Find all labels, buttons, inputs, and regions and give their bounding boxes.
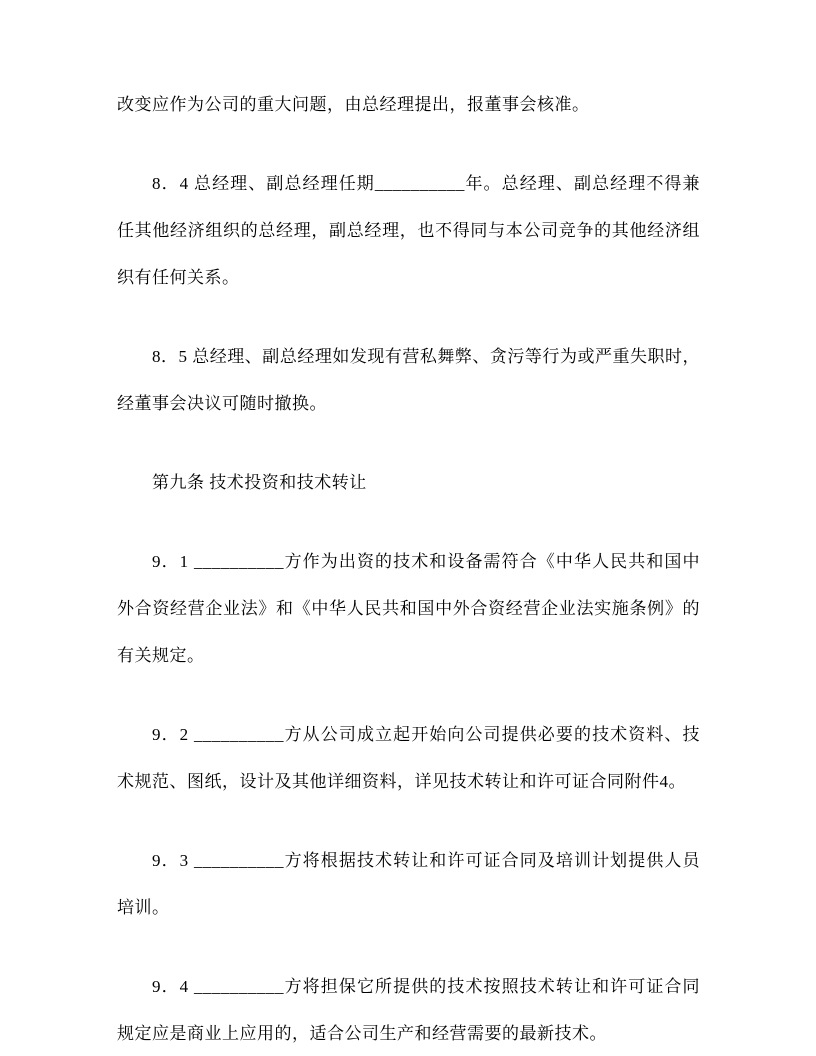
article-9-heading: 第九条 技术投资和技术转让 bbox=[117, 459, 700, 506]
paragraph-clause-8-3-continuation: 改变应作为公司的重大问题，由总经理提出，报董事会核准。 bbox=[117, 81, 700, 128]
paragraph-clause-9-4: 9．4 __________方将担保它所提供的技术按照技术转让和许可证合同规定应… bbox=[117, 963, 700, 1056]
paragraph-clause-8-5: 8．5 总经理、副总经理如发现有营私舞弊、贪污等行为或严重失职时，经董事会决议可… bbox=[117, 333, 700, 427]
document-page: 改变应作为公司的重大问题，由总经理提出，报董事会核准。 8．4 总经理、副总经理… bbox=[0, 0, 816, 1056]
paragraph-clause-9-2: 9．2 __________方从公司成立起开始向公司提供必要的技术资料、技术规范… bbox=[117, 711, 700, 805]
paragraph-clause-9-3: 9．3 __________方将根据技术转让和许可证合同及培训计划提供人员培训。 bbox=[117, 837, 700, 931]
paragraph-clause-8-4: 8．4 总经理、副总经理任期__________年。总经理、副总经理不得兼任其他… bbox=[117, 160, 700, 301]
document-body: 改变应作为公司的重大问题，由总经理提出，报董事会核准。 8．4 总经理、副总经理… bbox=[117, 81, 700, 1056]
paragraph-clause-9-1: 9．1 __________方作为出资的技术和设备需符合《中华人民共和国中外合资… bbox=[117, 538, 700, 679]
